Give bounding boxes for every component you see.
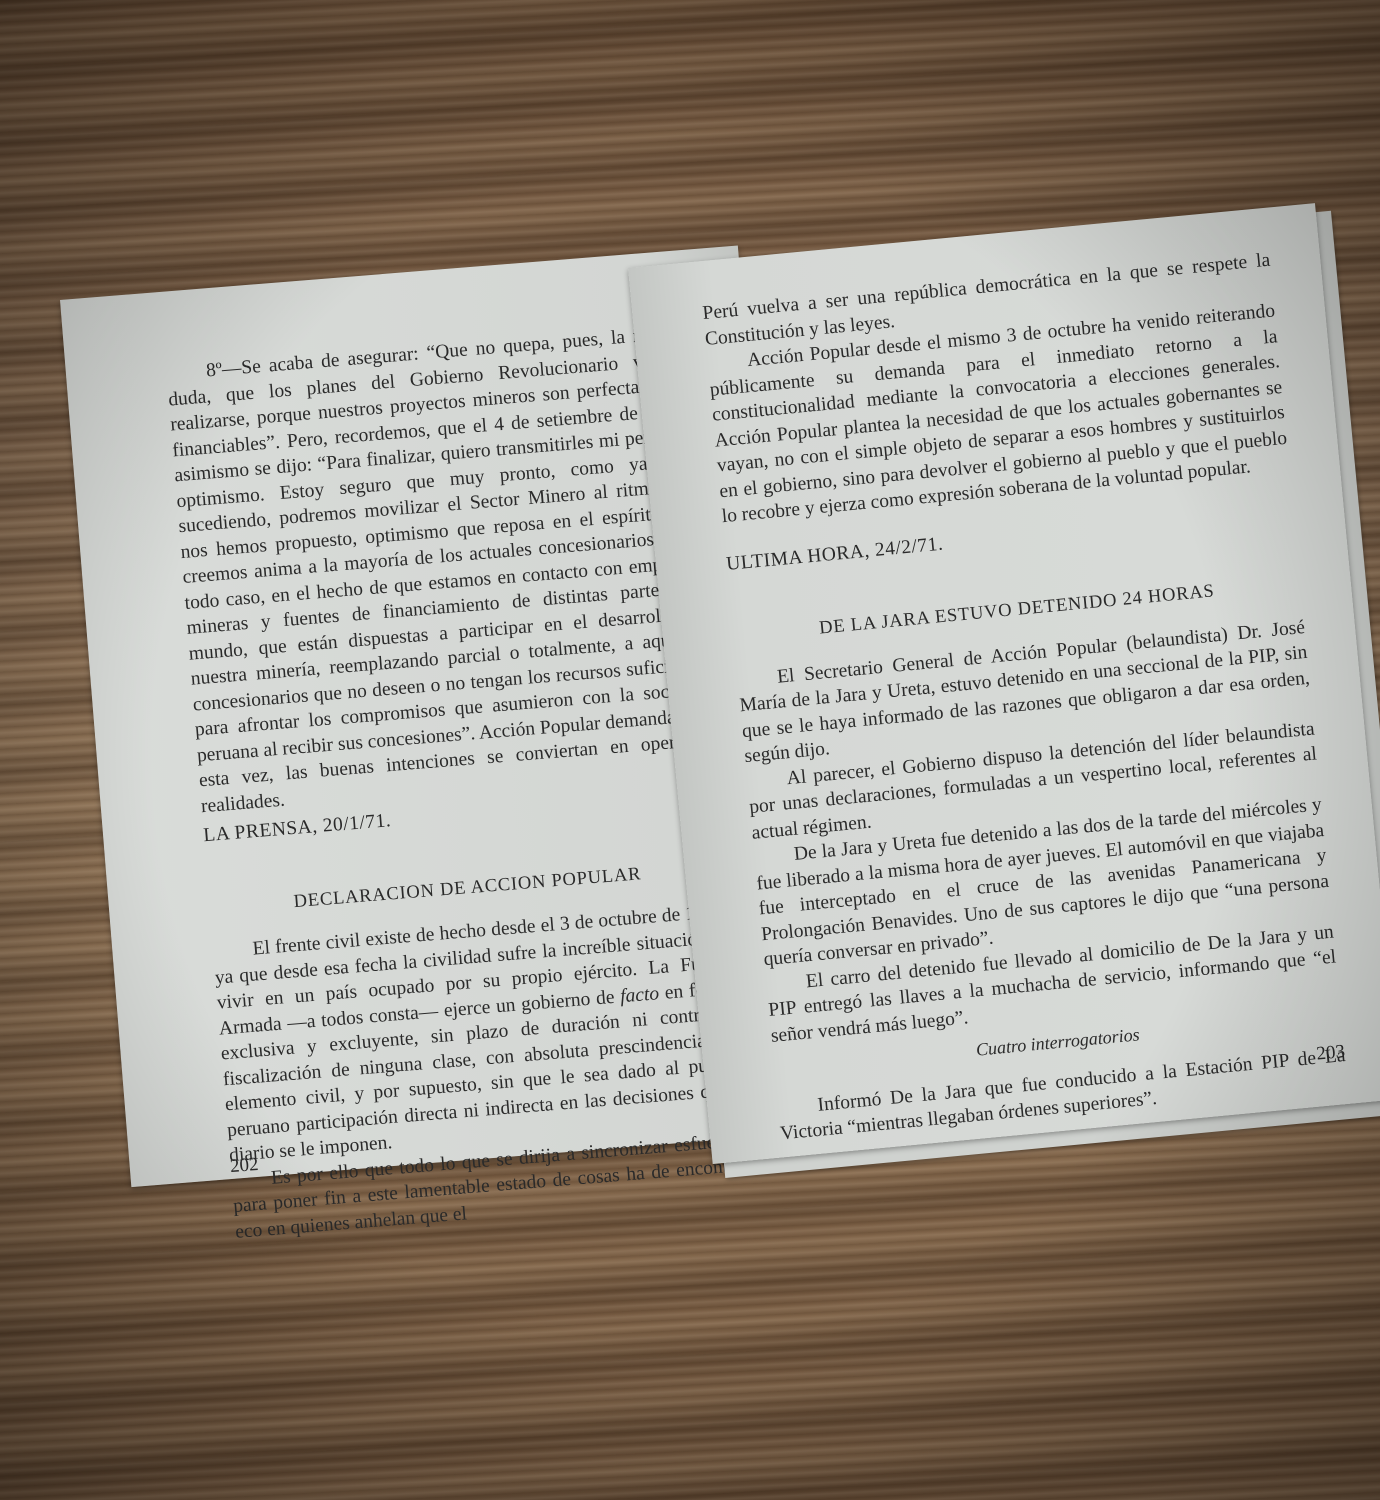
right-page: Perú vuelva a ser una república democrát…	[628, 203, 1380, 1164]
page-number-right: 203	[1315, 1039, 1346, 1067]
paragraph-frente-civil: El frente civil existe de hecho desde el…	[212, 898, 747, 1168]
page-number-left: 202	[229, 1151, 259, 1179]
paragraph-mining-quote: 8º—Se acaba de asegurar: “Que no quepa, …	[165, 320, 718, 819]
italic-term: facto	[619, 983, 660, 1007]
